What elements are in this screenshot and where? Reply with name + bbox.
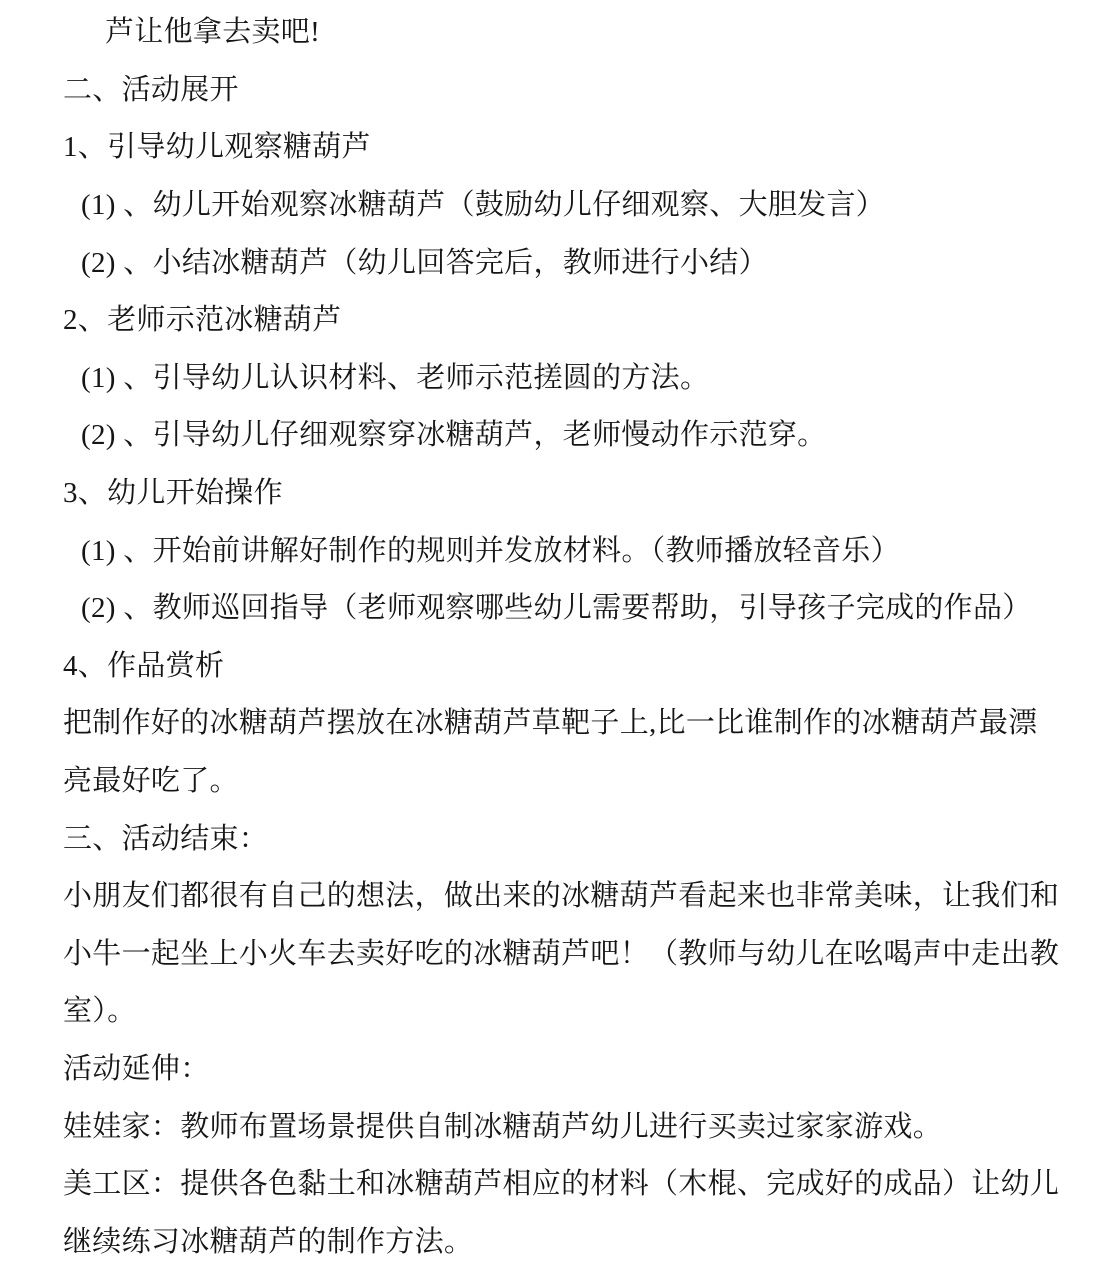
text-line: 亮最好吃了。 <box>0 750 1107 808</box>
text-line: 芦让他拿去卖吧! <box>0 1 1107 59</box>
text-line: 室）。 <box>0 980 1107 1038</box>
document-page: 芦让他拿去卖吧!二、活动展开1、引导幼儿观察糖葫芦(1) 、幼儿开始观察冰糖葫芦… <box>0 0 1107 1280</box>
text-line: (1) 、开始前讲解好制作的规则并发放材料。（教师播放轻音乐） <box>0 519 1107 577</box>
text-line: 小牛一起坐上小火车去卖好吃的冰糖葫芦吧！（教师与幼儿在吆喝声中走出教 <box>0 923 1107 981</box>
text-line: 小朋友们都很有自己的想法，做出来的冰糖葫芦看起来也非常美味，让我们和 <box>0 865 1107 923</box>
text-line: 二、活动展开 <box>0 59 1107 117</box>
text-line: 继续练习冰糖葫芦的制作方法。 <box>0 1210 1107 1268</box>
text-line: (1) 、幼儿开始观察冰糖葫芦（鼓励幼儿仔细观察、大胆发言） <box>0 174 1107 232</box>
text-line: 把制作好的冰糖葫芦摆放在冰糖葫芦草靶子上,比一比谁制作的冰糖葫芦最漂 <box>0 692 1107 750</box>
text-line: 3、幼儿开始操作 <box>0 462 1107 520</box>
text-line: 活动延伸： <box>0 1038 1107 1096</box>
document-text-block: 芦让他拿去卖吧!二、活动展开1、引导幼儿观察糖葫芦(1) 、幼儿开始观察冰糖葫芦… <box>0 1 1107 1268</box>
text-line: 美工区：提供各色黏土和冰糖葫芦相应的材料（木棍、完成好的成品）让幼儿 <box>0 1153 1107 1211</box>
text-line: (2) 、教师巡回指导（老师观察哪些幼儿需要帮助，引导孩子完成的作品） <box>0 577 1107 635</box>
text-line: (2) 、引导幼儿仔细观察穿冰糖葫芦，老师慢动作示范穿。 <box>0 404 1107 462</box>
text-line: 4、作品赏析 <box>0 635 1107 693</box>
text-line: (2) 、小结冰糖葫芦（幼儿回答完后，教师进行小结） <box>0 231 1107 289</box>
text-line: 1、引导幼儿观察糖葫芦 <box>0 116 1107 174</box>
text-line: 2、老师示范冰糖葫芦 <box>0 289 1107 347</box>
text-line: 三、活动结束： <box>0 807 1107 865</box>
text-line: (1) 、引导幼儿认识材料、老师示范搓圆的方法。 <box>0 347 1107 405</box>
text-line: 娃娃家：教师布置场景提供自制冰糖葫芦幼儿进行买卖过家家游戏。 <box>0 1095 1107 1153</box>
